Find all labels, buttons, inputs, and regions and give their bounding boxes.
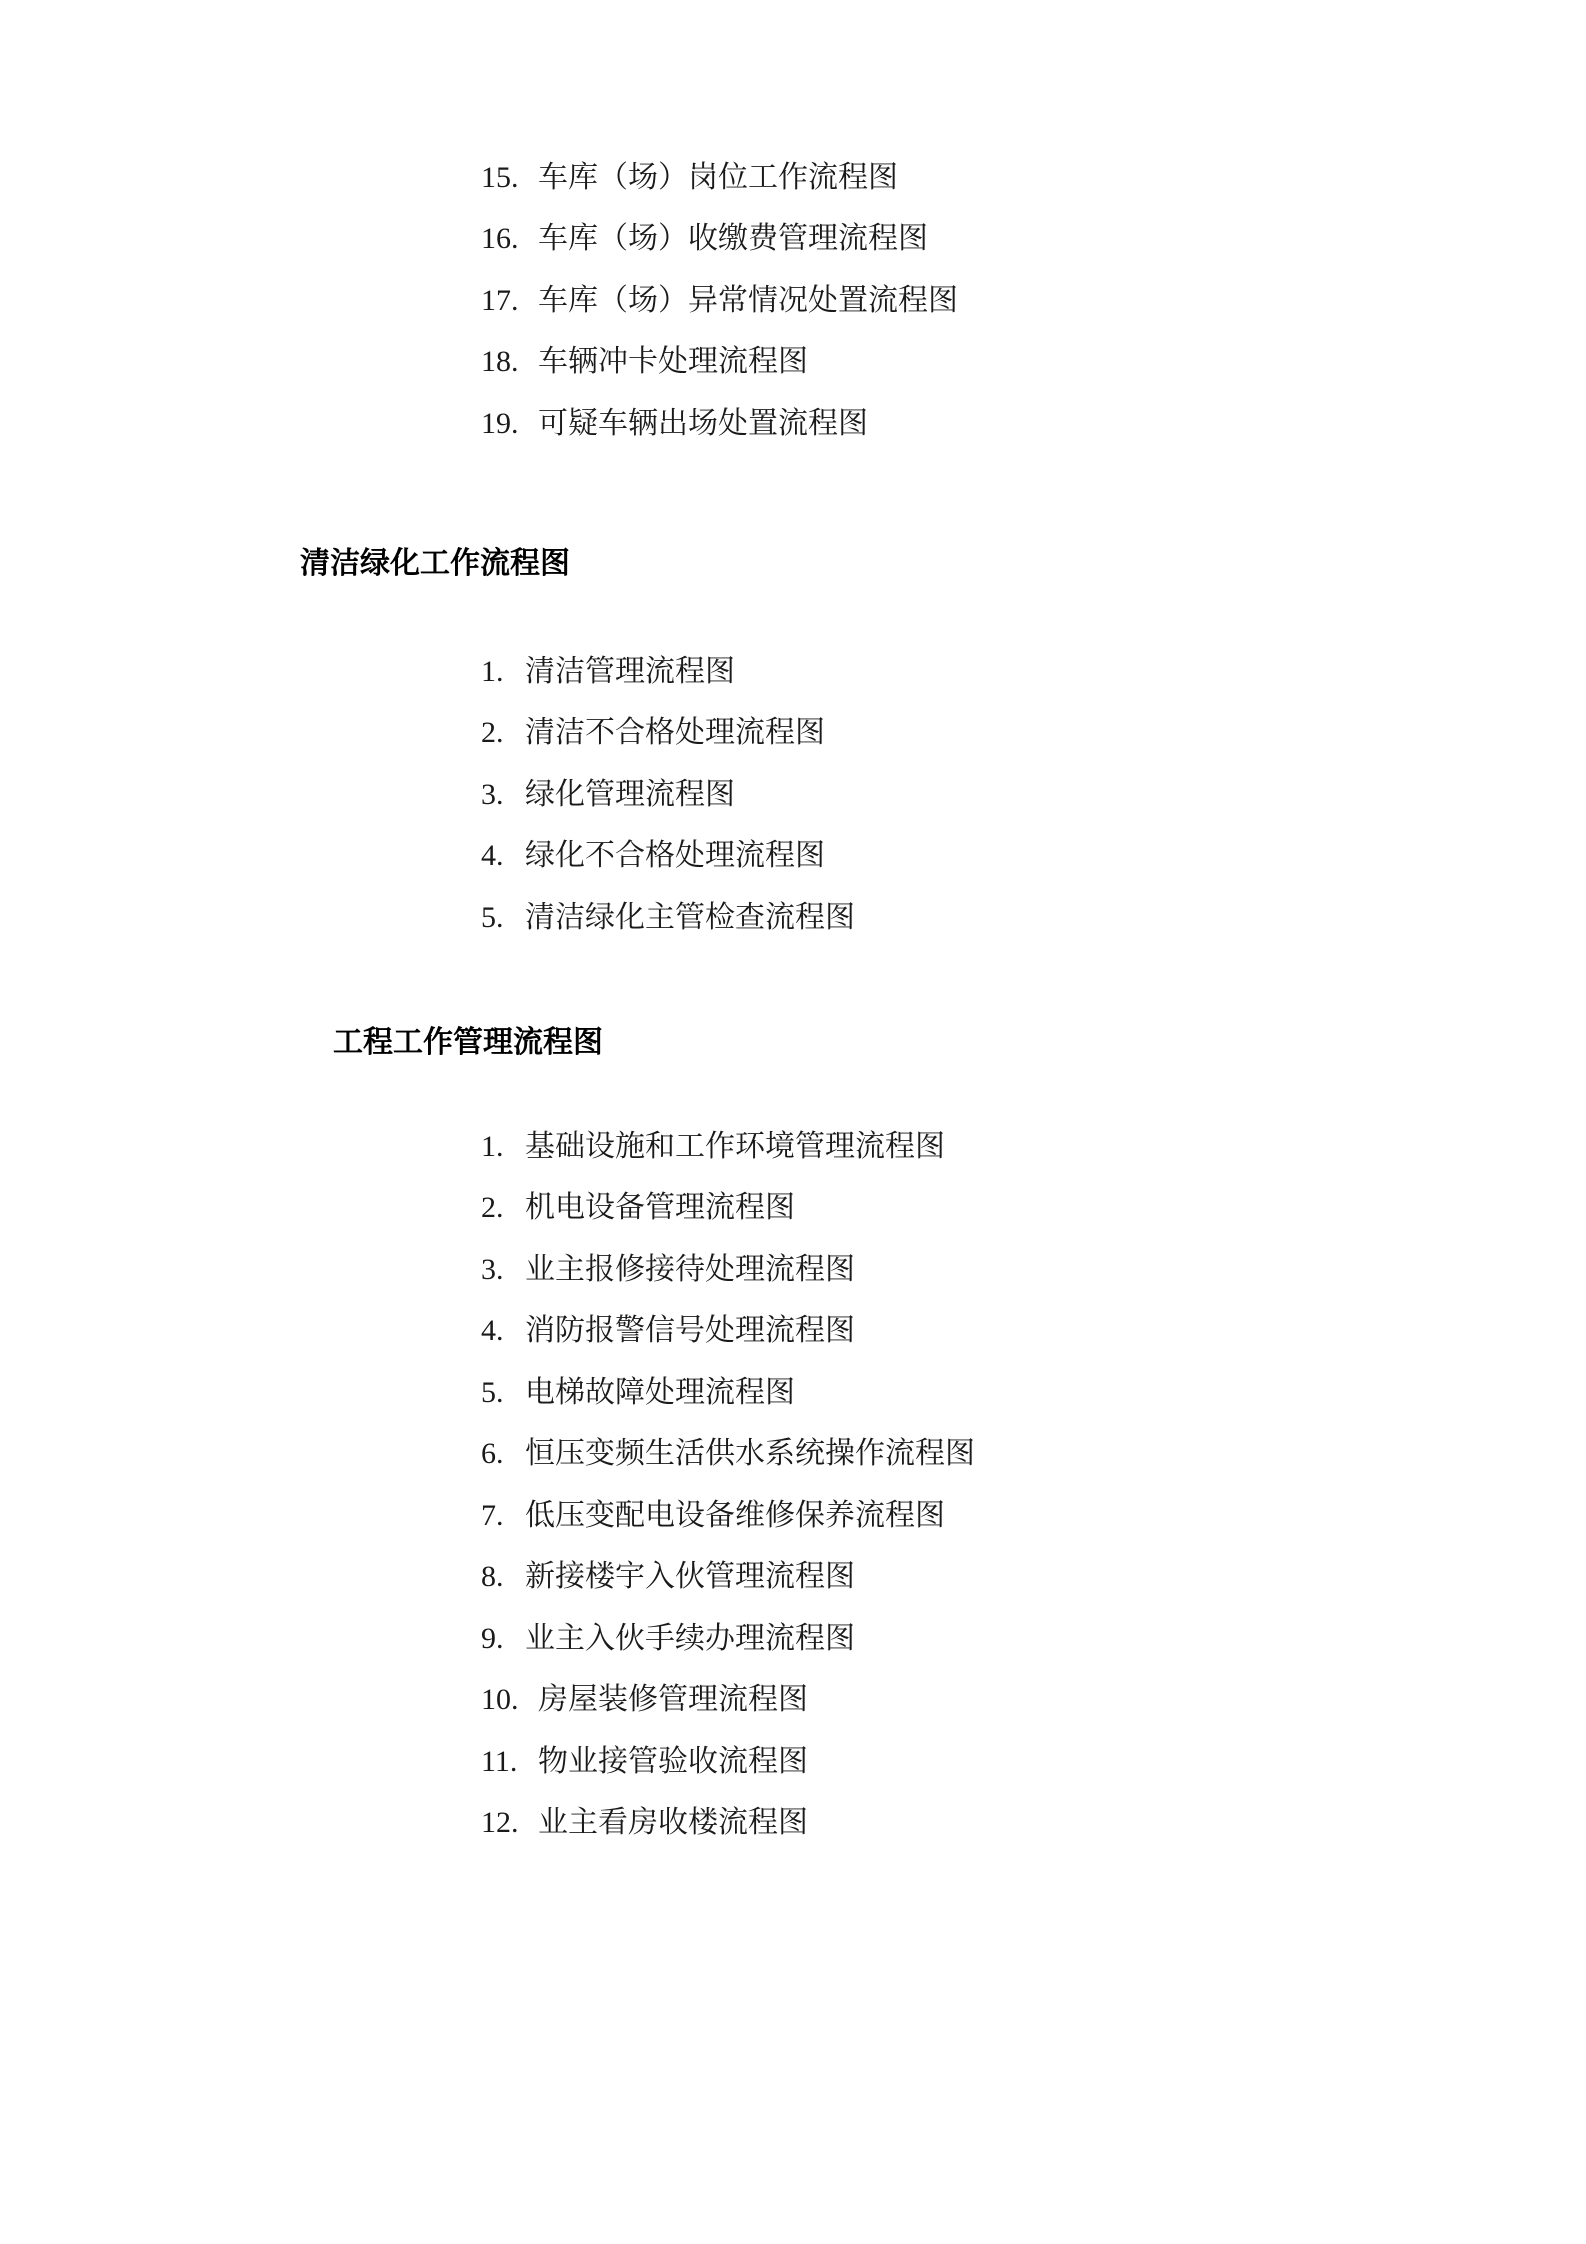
list-item-text: 物业接管验收流程图 — [538, 1745, 808, 1779]
list-item-number: 11. — [481, 1745, 538, 1779]
list-item-text: 清洁不合格处理流程图 — [525, 716, 825, 750]
list-item-number: 16. — [481, 222, 538, 256]
list-item: 16. 车库（场）收缴费管理流程图 — [481, 209, 958, 271]
list-item-text: 清洁绿化主管检查流程图 — [525, 901, 855, 935]
list-item-number: 5. — [481, 1376, 525, 1410]
list-item-number: 3. — [481, 778, 525, 812]
list-item: 4. 消防报警信号处理流程图 — [481, 1301, 975, 1363]
list-item-text: 车库（场）岗位工作流程图 — [538, 161, 898, 195]
list-item-text: 新接楼宇入伙管理流程图 — [525, 1560, 855, 1594]
list-item: 7. 低压变配电设备维修保养流程图 — [481, 1485, 975, 1547]
list-item-text: 车辆冲卡处理流程图 — [538, 345, 808, 379]
list-item-number: 8. — [481, 1560, 525, 1594]
list-item-number: 4. — [481, 1314, 525, 1348]
list-item-text: 房屋装修管理流程图 — [538, 1683, 808, 1717]
list-item-text: 业主报修接待处理流程图 — [525, 1253, 855, 1287]
list-item: 6. 恒压变频生活供水系统操作流程图 — [481, 1424, 975, 1486]
list-item-number: 2. — [481, 716, 525, 750]
list-item-number: 1. — [481, 1130, 525, 1164]
list-item: 5. 清洁绿化主管检查流程图 — [481, 887, 855, 949]
list-item-text: 电梯故障处理流程图 — [525, 1376, 795, 1410]
engineering-list: 1. 基础设施和工作环境管理流程图 2. 机电设备管理流程图 3. 业主报修接待… — [481, 1116, 975, 1854]
list-item: 12. 业主看房收楼流程图 — [481, 1793, 975, 1855]
list-item-text: 车库（场）异常情况处置流程图 — [538, 284, 958, 318]
list-item-text: 业主看房收楼流程图 — [538, 1806, 808, 1840]
list-item: 8. 新接楼宇入伙管理流程图 — [481, 1547, 975, 1609]
list-item-number: 6. — [481, 1437, 525, 1471]
list-item: 18. 车辆冲卡处理流程图 — [481, 332, 958, 394]
list-item: 5. 电梯故障处理流程图 — [481, 1362, 975, 1424]
list-item-number: 18. — [481, 345, 538, 379]
list-item: 2. 清洁不合格处理流程图 — [481, 703, 855, 765]
list-item-text: 可疑车辆出场处置流程图 — [538, 407, 868, 441]
list-item-text: 绿化不合格处理流程图 — [525, 839, 825, 873]
cleaning-list: 1. 清洁管理流程图 2. 清洁不合格处理流程图 3. 绿化管理流程图 4. 绿… — [481, 641, 855, 949]
list-item-number: 15. — [481, 161, 538, 195]
list-item-number: 17. — [481, 284, 538, 318]
list-item: 1. 清洁管理流程图 — [481, 641, 855, 703]
list-item-text: 恒压变频生活供水系统操作流程图 — [525, 1437, 975, 1471]
list-item: 10. 房屋装修管理流程图 — [481, 1670, 975, 1732]
document-page: 15. 车库（场）岗位工作流程图 16. 车库（场）收缴费管理流程图 17. 车… — [0, 0, 1586, 2244]
list-item-number: 5. — [481, 901, 525, 935]
list-item-text: 业主入伙手续办理流程图 — [525, 1622, 855, 1656]
section-heading-cleaning: 清洁绿化工作流程图 — [300, 546, 570, 582]
list-item: 9. 业主入伙手续办理流程图 — [481, 1608, 975, 1670]
list-item-text: 车库（场）收缴费管理流程图 — [538, 222, 928, 256]
list-item: 4. 绿化不合格处理流程图 — [481, 826, 855, 888]
list-item-number: 10. — [481, 1683, 538, 1717]
list-item: 15. 车库（场）岗位工作流程图 — [481, 147, 958, 209]
section-heading-engineering: 工程工作管理流程图 — [333, 1025, 603, 1061]
list-item: 3. 业主报修接待处理流程图 — [481, 1239, 975, 1301]
list-item: 17. 车库（场）异常情况处置流程图 — [481, 270, 958, 332]
list-item: 1. 基础设施和工作环境管理流程图 — [481, 1116, 975, 1178]
list-item: 11. 物业接管验收流程图 — [481, 1731, 975, 1793]
list-item-text: 基础设施和工作环境管理流程图 — [525, 1130, 945, 1164]
list-item-number: 1. — [481, 655, 525, 689]
list-item-text: 低压变配电设备维修保养流程图 — [525, 1499, 945, 1533]
list-item-number: 19. — [481, 407, 538, 441]
list-item-text: 清洁管理流程图 — [525, 655, 735, 689]
list-item-number: 7. — [481, 1499, 525, 1533]
list-item: 2. 机电设备管理流程图 — [481, 1178, 975, 1240]
list-item-text: 绿化管理流程图 — [525, 778, 735, 812]
list-item-number: 9. — [481, 1622, 525, 1656]
list-item-number: 12. — [481, 1806, 538, 1840]
parking-list-continued: 15. 车库（场）岗位工作流程图 16. 车库（场）收缴费管理流程图 17. 车… — [481, 147, 958, 455]
list-item-text: 机电设备管理流程图 — [525, 1191, 795, 1225]
list-item-number: 3. — [481, 1253, 525, 1287]
list-item-text: 消防报警信号处理流程图 — [525, 1314, 855, 1348]
list-item: 3. 绿化管理流程图 — [481, 764, 855, 826]
list-item-number: 2. — [481, 1191, 525, 1225]
list-item: 19. 可疑车辆出场处置流程图 — [481, 393, 958, 455]
list-item-number: 4. — [481, 839, 525, 873]
